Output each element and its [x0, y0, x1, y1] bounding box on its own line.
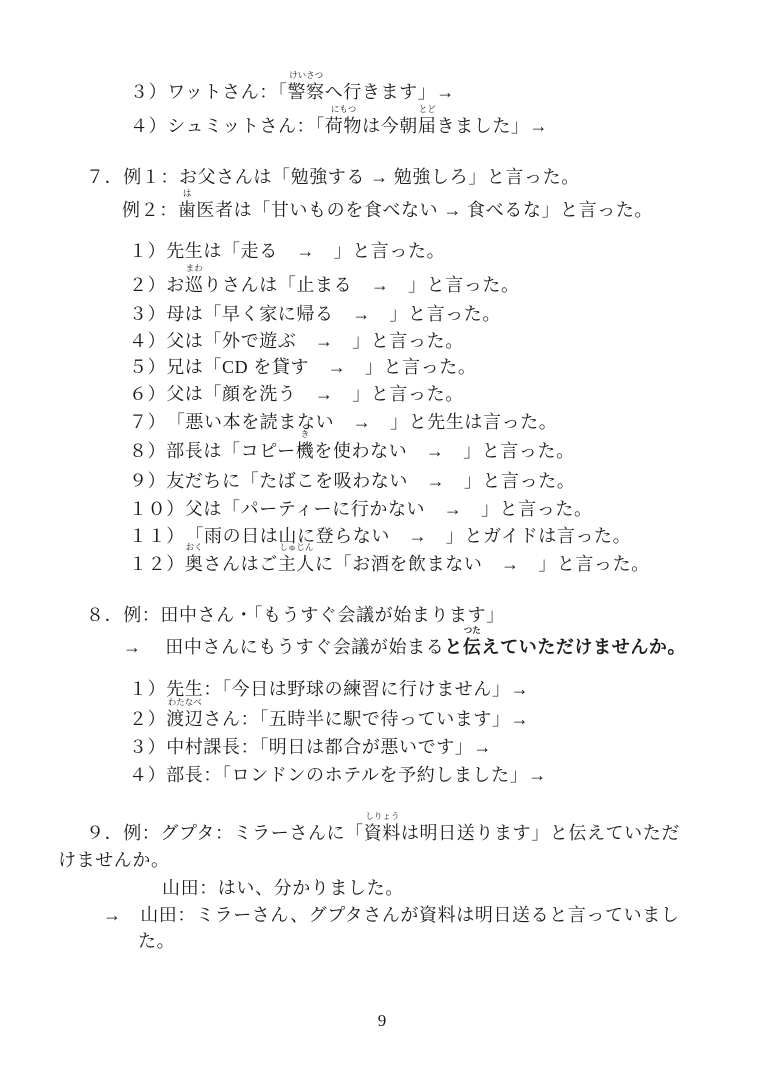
ruby-base: 届とど [418, 114, 437, 138]
sec7-item-4: ４）父は「外で遊ぶ → 」と言った。 [129, 329, 464, 353]
sec9-example-line-2: けませんか。 [58, 848, 170, 872]
text-segment: ６）父は「顔を洗う → 」と言った。 [129, 384, 464, 404]
text-segment: ５）兄は「CD を貸す → 」と言った。 [129, 357, 477, 377]
text-segment: → 田中さんにもうすぐ会議が始まる [123, 637, 444, 657]
text-segment: と [444, 637, 463, 657]
text-segment: ４）父は「外で遊ぶ → 」と言った。 [129, 331, 464, 351]
furigana-annotation: にもつ [331, 104, 357, 114]
document-page: ３）ワットさん：「警察けいさつへ行きます」→４）シュミットさん：「荷物にもつは今… [0, 0, 764, 1080]
text-segment: → 山田：ミラーさん、グプタさんが資料は明日送ると言っていまし [103, 905, 679, 925]
furigana-annotation: まわ [186, 263, 203, 273]
furigana-annotation: つた [464, 625, 481, 635]
sec7-item-10: １０）父は「パーティーに行かない → 」と言った。 [129, 497, 593, 521]
sec7-item-6: ６）父は「顔を洗う → 」と言った。 [129, 382, 464, 406]
ruby-base: 奥おく [185, 552, 204, 576]
text-segment: １）先生：「今日は野球の練習に行けません」→ [129, 679, 529, 699]
sec7-item-7: ７） 「悪い本を読まない → 」と先生は言った。 [129, 410, 557, 434]
ex6-item-4: ４）シュミットさん：「荷物にもつは今朝届とどきました」→ [130, 114, 548, 138]
sec7-item-12: １２）奥おくさんはご主人しゅじんに「お酒を飲まない → 」と言った。 [129, 552, 650, 576]
furigana-annotation: しりょう [365, 811, 399, 821]
text-segment: ３）ワットさん：「 [130, 82, 288, 102]
ruby-base: 主人しゅじん [278, 552, 315, 576]
text-segment: を使わない → 」と言った。 [314, 441, 574, 461]
text-segment: ３）中村課長：「明日は都合が悪いです」→ [129, 737, 492, 757]
ruby-base: 資料しりょう [364, 821, 401, 845]
ex6-item-3: ３）ワットさん：「警察けいさつへ行きます」→ [130, 80, 455, 104]
sec9-example-line-1: ９．例：グプタ：ミラーさんに「資料しりょうは明日送ります」と伝えていただ [86, 821, 680, 845]
text-segment: に「お酒を飲まない → 」と言った。 [315, 554, 650, 574]
text-segment: 山田：はい、分かりました。 [162, 878, 404, 898]
text-segment: さん：「五時半に駅で待っています」→ [203, 709, 529, 729]
sec7-item-11: １１） 「雨の日は山に登らない → 」とガイドは言った。 [129, 524, 631, 548]
text-segment: は今朝 [362, 116, 418, 136]
furigana-annotation: き [301, 429, 310, 439]
furigana-annotation: けいさつ [289, 70, 323, 80]
ruby-base: 巡まわ [185, 273, 204, 297]
text-segment: ２） [129, 709, 166, 729]
text-segment: えていただけませんか。 [482, 637, 687, 657]
text-segment: ７） 「悪い本を読まない → 」と先生は言った。 [129, 412, 557, 432]
ruby-base: 荷物にもつ [325, 114, 362, 138]
sec7-example-1: ７．例１：お父さんは「勉強する → 勉強しろ」と言った。 [86, 165, 580, 189]
text-segment: ４）シュミットさん：「 [130, 116, 325, 136]
text-segment: きました」→ [437, 116, 549, 136]
sec9-example-answer-line-1: → 山田：ミラーさん、グプタさんが資料は明日送ると言っていまし [103, 903, 679, 927]
text-segment: １）先生は「走る → 」と言った。 [129, 241, 445, 261]
text-segment: た。 [138, 931, 175, 951]
text-segment: へ行きます」→ [325, 82, 455, 102]
text-segment: ８．例：田中さん・「もうすぐ会議が始まります」 [86, 605, 505, 625]
ruby-base: 渡辺わたなべ [166, 707, 203, 731]
text-segment: ９．例：グプタ：ミラーさんに「 [86, 823, 364, 843]
text-segment: １２） [129, 554, 185, 574]
text-segment: ９）友だちに「たばこを吸わない → 」と言った。 [129, 471, 575, 491]
ruby-base: 伝つた [463, 635, 482, 659]
ruby-base: 機き [296, 439, 315, 463]
text-segment: ８）部長は「コピー [129, 441, 296, 461]
text-segment: ２）お [129, 275, 185, 295]
text-segment: けませんか。 [58, 850, 170, 870]
furigana-annotation: わたなべ [168, 697, 202, 707]
sec8-item-2: ２）渡辺わたなべさん：「五時半に駅で待っています」→ [129, 707, 529, 731]
text-segment: 医者は「甘いものを食べない → 食べるな」と言った。 [196, 200, 653, 220]
sec7-item-9: ９）友だちに「たばこを吸わない → 」と言った。 [129, 469, 575, 493]
text-segment: ４）部長：「ロンドンのホテルを予約しました」→ [129, 765, 547, 785]
text-segment: ７．例１：お父さんは「勉強する → 勉強しろ」と言った。 [86, 167, 580, 187]
furigana-annotation: は [183, 188, 192, 198]
page-number: 9 [0, 1010, 764, 1032]
sec9-example-answer-line-2: た。 [138, 929, 175, 953]
sec7-item-2: ２）お巡まわりさんは「止まる → 」と言った。 [129, 273, 520, 297]
furigana-annotation: とど [419, 104, 436, 114]
sec7-item-5: ５）兄は「CD を貸す → 」と言った。 [129, 355, 477, 379]
text-segment: ３）母は「早く家に帰る → 」と言った。 [129, 304, 501, 324]
sec7-item-1: １）先生は「走る → 」と言った。 [129, 239, 445, 263]
sec7-example-2: 例２：歯は医者は「甘いものを食べない → 食べるな」と言った。 [122, 198, 653, 222]
furigana-annotation: おく [186, 542, 203, 552]
text-segment: りさんは「止まる → 」と言った。 [203, 275, 519, 295]
sec8-example-answer: → 田中さんにもうすぐ会議が始まると伝つたえていただけませんか。 [123, 635, 686, 659]
sec9-example-line-3: 山田：はい、分かりました。 [162, 876, 404, 900]
text-segment: １１） 「雨の日は山に登らない → 」とガイドは言った。 [129, 526, 631, 546]
text-segment: は明日送ります」と伝えていただ [401, 823, 680, 843]
sec8-example: ８．例：田中さん・「もうすぐ会議が始まります」 [86, 603, 505, 627]
sec8-item-4: ４）部長：「ロンドンのホテルを予約しました」→ [129, 763, 547, 787]
ruby-base: 警察けいさつ [288, 80, 325, 104]
furigana-annotation: しゅじん [279, 542, 313, 552]
text-segment: １０）父は「パーティーに行かない → 」と言った。 [129, 499, 593, 519]
sec8-item-3: ３）中村課長：「明日は都合が悪いです」→ [129, 735, 492, 759]
sec7-item-8: ８）部長は「コピー機きを使わない → 」と言った。 [129, 439, 575, 463]
ruby-base: 歯は [178, 198, 197, 222]
sec7-item-3: ３）母は「早く家に帰る → 」と言った。 [129, 302, 501, 326]
text-segment: さんはご [203, 554, 277, 574]
text-segment: 例２： [122, 200, 178, 220]
